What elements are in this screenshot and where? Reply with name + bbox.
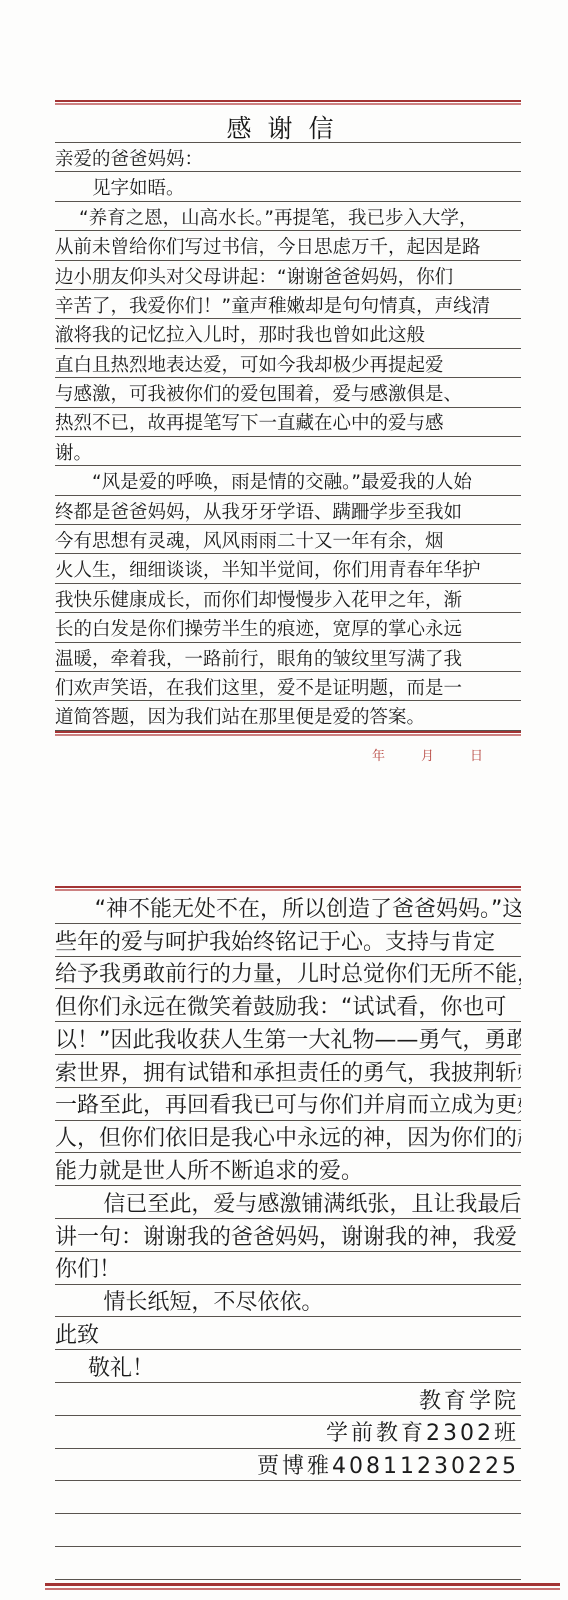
handwritten-text: 给予我勇敢前行的力量，儿时总觉你们无所不能， [55, 963, 521, 988]
handwritten-text: 辛苦了，我爱你们！”童声稚嫩却是句句情真，声线清 [55, 297, 490, 318]
date-month-label: 月 [421, 748, 434, 763]
letter-line: 边小朋友仰头对父母讲起：“谢谢爸爸妈妈，你们 [55, 261, 521, 290]
handwritten-text: “神不能无处不在，所以创造了爸爸妈妈。”这 [95, 898, 521, 923]
letter-line: “神不能无处不在，所以创造了爸爸妈妈。”这 [55, 891, 521, 924]
letter-line: 我快乐健康成长，而你们却慢慢步入花甲之年，渐 [55, 584, 521, 613]
letter-line: 热烈不已，故再提笔写下一直藏在心中的爱与感 [55, 408, 521, 437]
handwritten-text: 以！”因此我收获人生第一大礼物——勇气，勇敢地探 [55, 1029, 521, 1054]
letter-line: 温暖，牵着我，一路前行，眼角的皱纹里写满了我 [55, 643, 521, 672]
handwritten-text: 此致 [55, 1324, 99, 1349]
handwritten-text: 长的白发是你们操劳半生的痕迹，宽厚的掌心永远 [55, 620, 462, 641]
letter-line: 见字如晤。 [55, 172, 521, 201]
handwritten-text: 我快乐健康成长，而你们却慢慢步入花甲之年，渐 [55, 591, 462, 612]
letter-line [55, 1547, 521, 1580]
handwritten-text: 直白且热烈地表达爱，可如今我却极少再提起爱 [55, 356, 444, 377]
handwritten-text: 温暖，牵着我，一路前行，眼角的皱纹里写满了我 [55, 650, 462, 671]
letter-line: 学前教育2302班 [55, 1416, 521, 1449]
page1-lines: 亲爱的爸爸妈妈：见字如晤。“养育之恩，山高水长。”再提笔，我已步入大学，从前未曾… [55, 143, 521, 731]
letter-line: 教育学院 [55, 1383, 521, 1416]
handwritten-text: 终都是爸爸妈妈，从我牙牙学语、蹒跚学步至我如 [55, 503, 462, 524]
letter-title: 感谢信 [55, 105, 521, 143]
handwritten-text: 谢。 [55, 444, 92, 465]
handwritten-text: 澈将我的记忆拉入儿时，那时我也曾如此这般 [55, 326, 425, 347]
letter-line: 给予我勇敢前行的力量，儿时总觉你们无所不能， [55, 957, 521, 990]
letter-line [55, 1481, 521, 1514]
handwritten-text: 从前未曾给你们写过书信，今日思虑万千，起因是路 [55, 238, 481, 259]
page2-bottom-red-rule [45, 1583, 560, 1590]
page2-lines: “神不能无处不在，所以创造了爸爸妈妈。”这些年的爱与呵护我始终铭记于心。支持与肯… [55, 891, 521, 1580]
handwritten-text: 道简答题，因为我们站在那里便是爱的答案。 [55, 708, 425, 729]
letter-line: 信已至此，爱与感激铺满纸张，且让我最后 [55, 1186, 521, 1219]
handwritten-text: 人，但你们依旧是我心中永远的神，因为你们的超 [55, 1127, 521, 1152]
handwritten-text: 贾博雅40811230225 [257, 1455, 519, 1480]
letter-line: 今有思想有灵魂，风风雨雨二十又一年有余，烟 [55, 525, 521, 554]
handwritten-text: 情长纸短，不尽依依。 [103, 1291, 323, 1316]
handwritten-text: 索世界，拥有试错和承担责任的勇气，我披荆斩棘 [55, 1062, 521, 1087]
letter-line: 道简答题，因为我们站在那里便是爱的答案。 [55, 701, 521, 730]
letter-line: 亲爱的爸爸妈妈： [55, 143, 521, 172]
handwritten-text: 火人生，细细谈谈，半知半觉间，你们用青春年华护 [55, 561, 481, 582]
letter-line: 一路至此，再回看我已可与你们并肩而立成为更好的 [55, 1088, 521, 1121]
letter-line: 能力就是世人所不断追求的爱。 [55, 1153, 521, 1186]
handwritten-text: 能力就是世人所不断追求的爱。 [55, 1160, 363, 1185]
letter-line: 但你们永远在微笑着鼓励我：“试试看，你也可 [55, 989, 521, 1022]
handwritten-text: 你们！ [55, 1258, 121, 1283]
letter-line: 谢。 [55, 437, 521, 466]
handwritten-text: 讲一句：谢谢我的爸爸妈妈，谢谢我的神，我爱 [55, 1226, 517, 1251]
letter-line: 辛苦了，我爱你们！”童声稚嫩却是句句情真，声线清 [55, 290, 521, 319]
letter-page-2: “神不能无处不在，所以创造了爸爸妈妈。”这些年的爱与呵护我始终铭记于心。支持与肯… [55, 886, 521, 1580]
handwritten-text: “养育之恩，山高水长。”再提笔，我已步入大学， [79, 209, 477, 230]
letter-line: 们欢声笑语，在我们这里，爱不是证明题，而是一 [55, 672, 521, 701]
letter-line: 直白且热烈地表达爱，可如今我却极少再提起爱 [55, 349, 521, 378]
handwritten-text: 一路至此，再回看我已可与你们并肩而立成为更好的 [55, 1094, 521, 1119]
handwritten-text: 亲爱的爸爸妈妈： [55, 150, 203, 171]
handwritten-text: 教育学院 [419, 1390, 519, 1415]
letter-line: 以！”因此我收获人生第一大礼物——勇气，勇敢地探 [55, 1022, 521, 1055]
letter-line: 火人生，细细谈谈，半知半觉间，你们用青春年华护 [55, 554, 521, 583]
handwritten-text: 热烈不已，故再提笔写下一直藏在心中的爱与感 [55, 414, 444, 435]
letter-line: 敬礼！ [55, 1350, 521, 1383]
letter-line: 此致 [55, 1317, 521, 1350]
letter-page-1: 感谢信 亲爱的爸爸妈妈：见字如晤。“养育之恩，山高水长。”再提笔，我已步入大学，… [55, 100, 521, 764]
letter-line: 长的白发是你们操劳半生的痕迹，宽厚的掌心永远 [55, 613, 521, 642]
letter-line: “养育之恩，山高水长。”再提笔，我已步入大学， [55, 202, 521, 231]
handwritten-text: 学前教育2302班 [326, 1422, 519, 1447]
handwritten-text: 信已至此，爱与感激铺满纸张，且让我最后 [103, 1193, 521, 1218]
handwritten-text: 敬礼！ [88, 1357, 154, 1382]
letter-line: 些年的爱与呵护我始终铭记于心。支持与肯定 [55, 924, 521, 957]
handwritten-text: 们欢声笑语，在我们这里，爱不是证明题，而是一 [55, 679, 462, 700]
letter-line: 讲一句：谢谢我的爸爸妈妈，谢谢我的神，我爱 [55, 1219, 521, 1252]
letter-line: 澈将我的记忆拉入儿时，那时我也曾如此这般 [55, 319, 521, 348]
handwritten-text: “风是爱的呼唤，雨是情的交融。”最爱我的人始 [92, 473, 472, 494]
letter-line: 贾博雅40811230225 [55, 1449, 521, 1482]
handwritten-text: 边小朋友仰头对父母讲起：“谢谢爸爸妈妈，你们 [55, 268, 453, 289]
date-day-label: 日 [470, 748, 483, 763]
letter-line: 从前未曾给你们写过书信，今日思虑万千，起因是路 [55, 231, 521, 260]
letter-line: 你们！ [55, 1252, 521, 1285]
handwritten-text: 但你们永远在微笑着鼓励我：“试试看，你也可 [55, 996, 506, 1021]
handwritten-text: 今有思想有灵魂，风风雨雨二十又一年有余，烟 [55, 532, 444, 553]
letter-line: 索世界，拥有试错和承担责任的勇气，我披荆斩棘 [55, 1055, 521, 1088]
date-placeholder: 年月日 [55, 736, 521, 764]
date-year-label: 年 [372, 748, 385, 763]
letter-line: 与感激，可我被你们的爱包围着，爱与感激俱是、 [55, 378, 521, 407]
letter-line: 情长纸短，不尽依依。 [55, 1285, 521, 1318]
letter-line: 人，但你们依旧是我心中永远的神，因为你们的超 [55, 1121, 521, 1154]
letter-line: 终都是爸爸妈妈，从我牙牙学语、蹒跚学步至我如 [55, 496, 521, 525]
letter-line [55, 1514, 521, 1547]
handwritten-text: 与感激，可我被你们的爱包围着，爱与感激俱是、 [55, 385, 462, 406]
handwritten-text: 些年的爱与呵护我始终铭记于心。支持与肯定 [55, 931, 495, 956]
letter-line: “风是爱的呼唤，雨是情的交融。”最爱我的人始 [55, 466, 521, 495]
handwritten-text: 见字如晤。 [92, 179, 185, 200]
